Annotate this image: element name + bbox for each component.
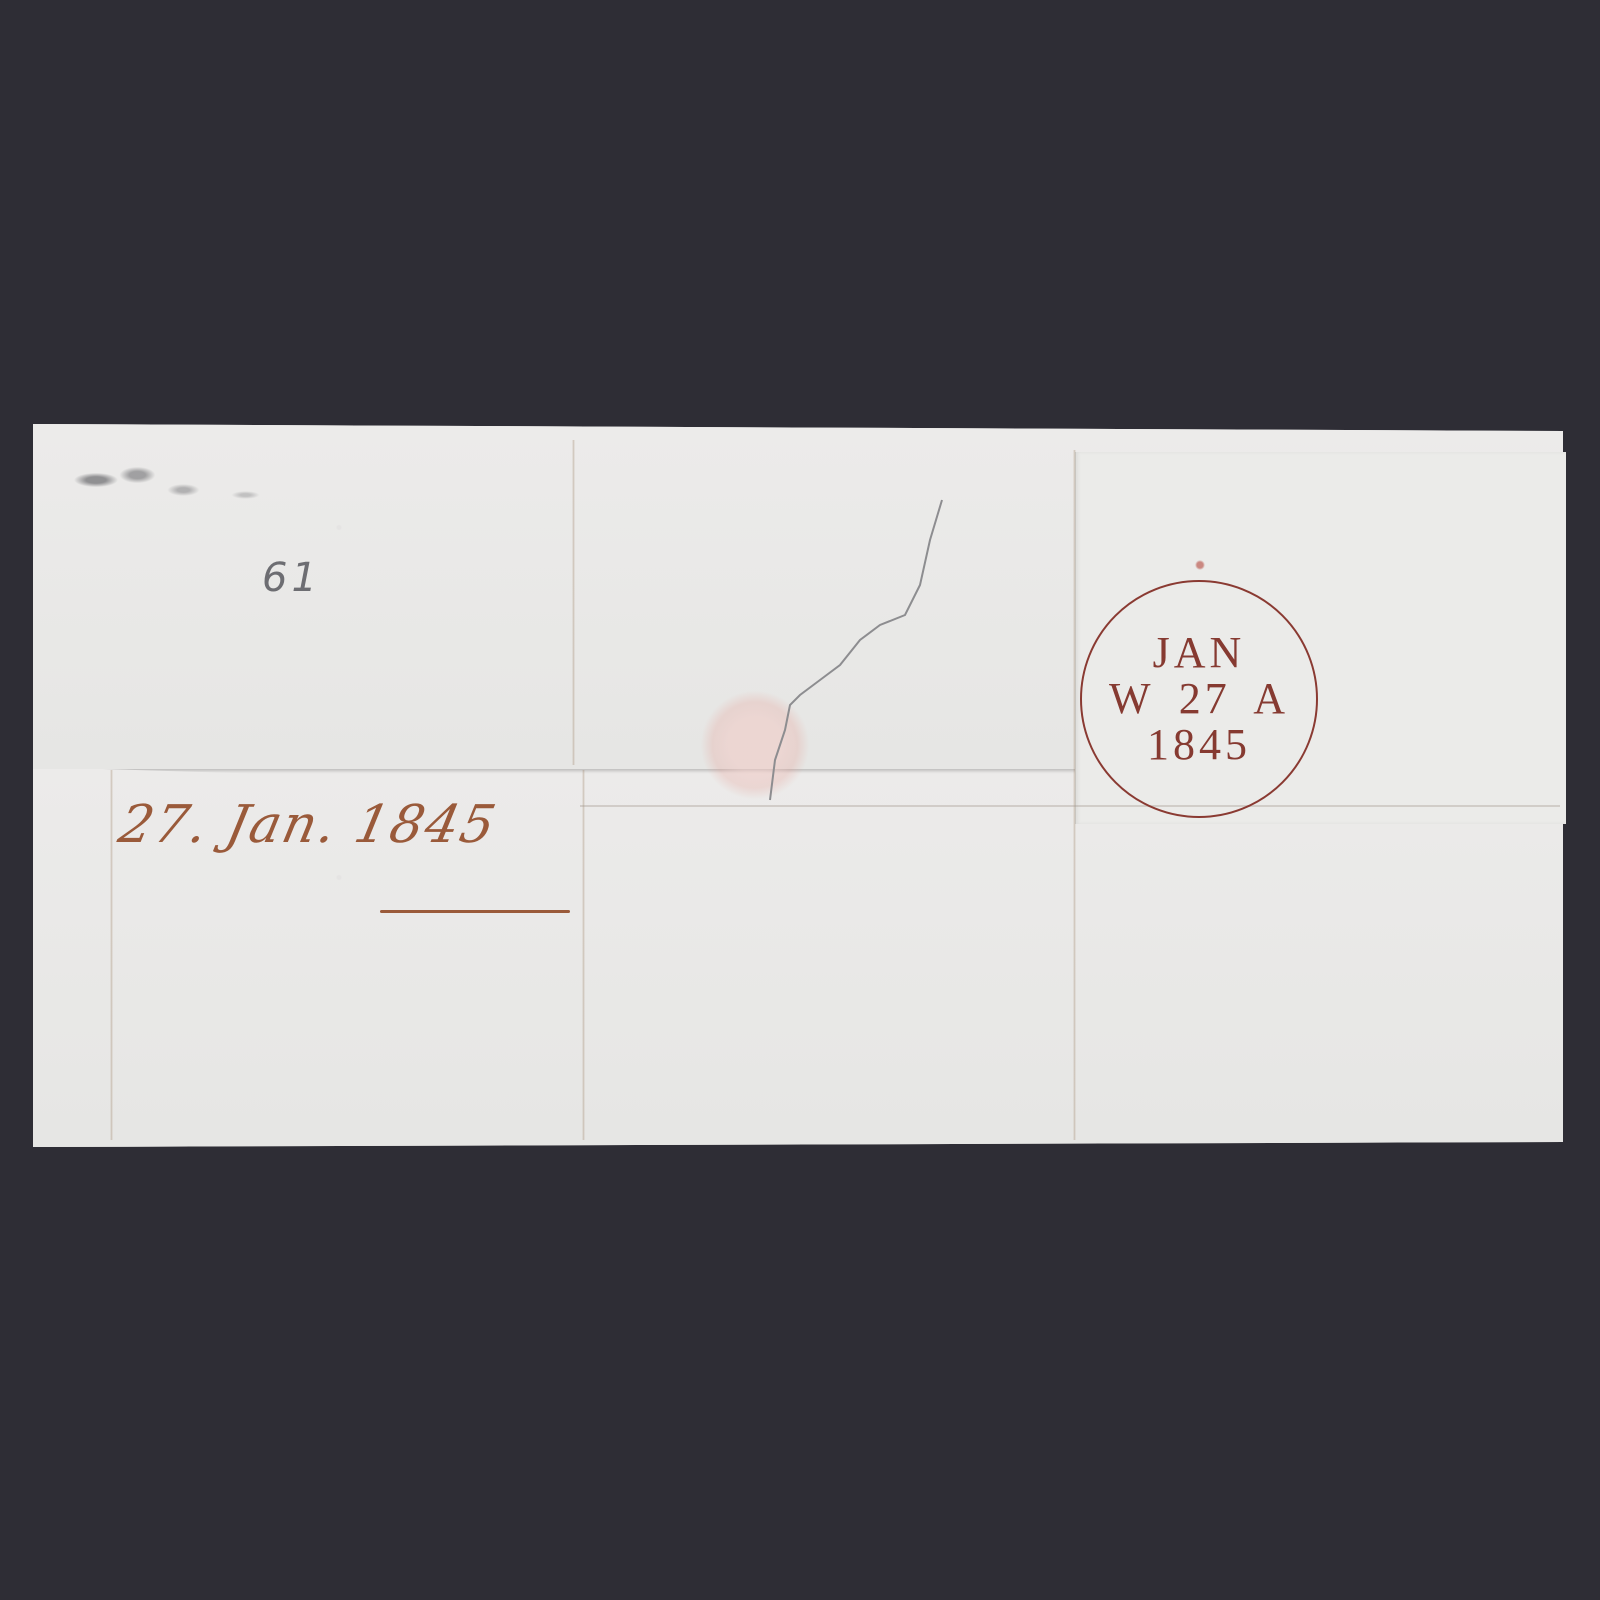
postmark-month: JAN xyxy=(1153,630,1246,676)
wax-seal-remnant xyxy=(700,690,810,800)
circular-datestamp: JAN W 27 A 1845 xyxy=(1080,580,1318,818)
fold-line xyxy=(1073,450,1076,1140)
fold-line xyxy=(572,440,575,765)
docket-underline xyxy=(380,910,570,913)
fold-line xyxy=(582,770,585,1140)
fold-line xyxy=(580,805,1560,807)
postmark-day: W 27 A xyxy=(1109,676,1289,722)
manuscript-docket: 27. Jan. 1845 xyxy=(114,795,503,855)
fold-line xyxy=(110,770,113,1140)
postmark-ink-spots xyxy=(1185,555,1215,575)
letter-cover: 61 JAN W 27 A 1845 27. Jan. 1845 xyxy=(0,0,1600,1600)
pencil-note: 61 xyxy=(262,555,321,601)
ink-smudges xyxy=(50,440,280,540)
postmark-year: 1845 xyxy=(1147,722,1251,768)
